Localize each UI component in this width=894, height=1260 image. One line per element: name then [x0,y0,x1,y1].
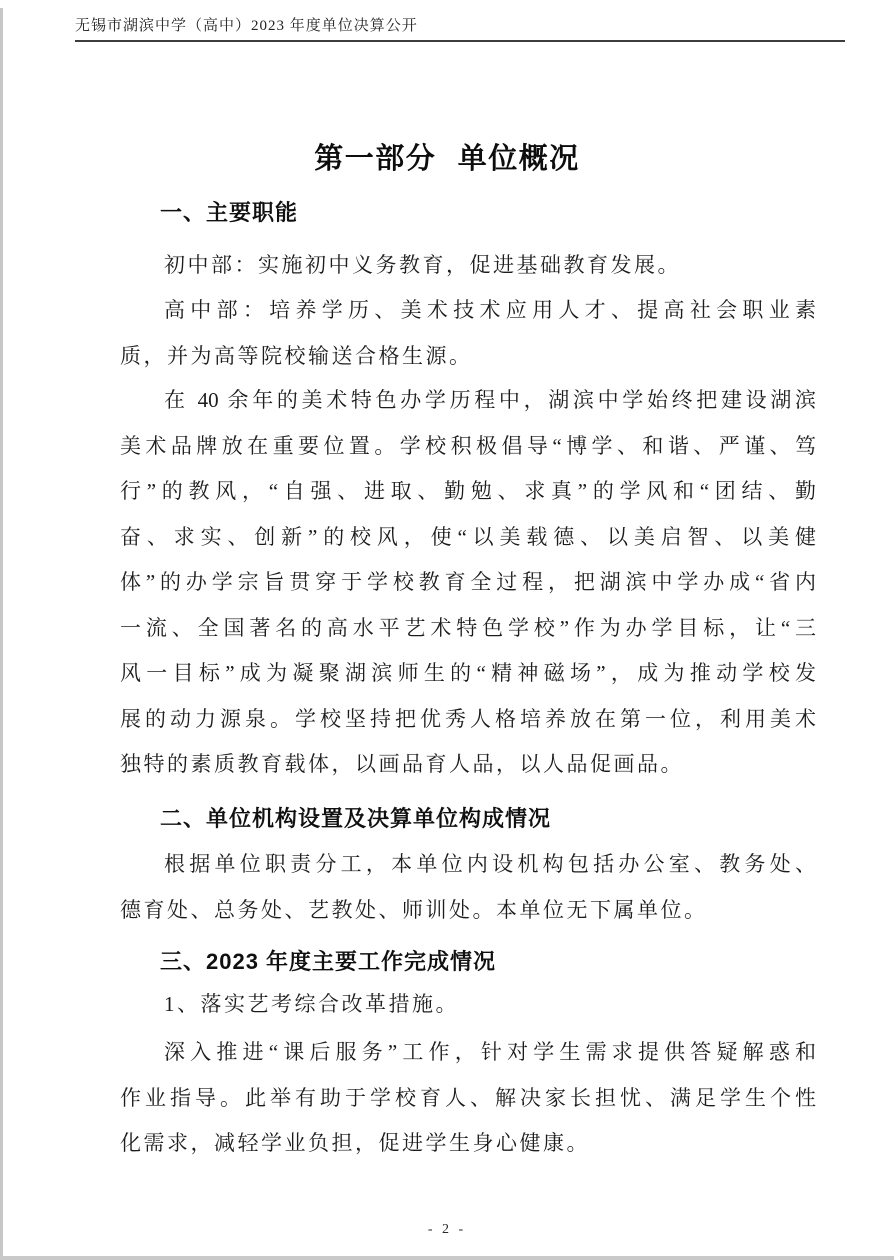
body-line: 质，并为高等院校输送合格生源。 [120,334,816,380]
body-line: 行”的教风，“自强、进取、勤勉、求真”的学风和“团结、勤 [120,469,816,515]
paragraph-4: 根据单位职责分工，本单位内设机构包括办公室、教务处、 德育处、总务处、艺教处、师… [120,842,816,933]
section-heading-2: 二、单位机构设置及决算单位构成情况 [160,802,820,836]
section-heading-3: 三、2023 年度主要工作完成情况 [160,945,820,979]
document-header: 无锡市湖滨中学（高中）2023 年度单位决算公开 [75,14,845,42]
scan-edge-bottom [0,1256,894,1260]
body-line: 深入推进“课后服务”工作，针对学生需求提供答疑解惑和 [120,1030,816,1076]
page-title: 第一部分 单位概况 [0,136,894,177]
body-line: 风一目标”成为凝聚湖滨师生的“精神磁场”，成为推动学校发 [120,651,816,697]
body-line: 美术品牌放在重要位置。学校积极倡导“博学、和谐、严谨、笃 [120,424,816,470]
paragraph-1: 初中部：实施初中义务教育，促进基础教育发展。 [120,243,816,289]
header-text: 无锡市湖滨中学（高中）2023 年度单位决算公开 [75,18,418,34]
body-line: 作业指导。此举有助于学校育人、解决家长担忧、满足学生个性 [120,1076,816,1122]
body-line: 初中部：实施初中义务教育，促进基础教育发展。 [120,243,816,289]
body-line: 根据单位职责分工，本单位内设机构包括办公室、教务处、 [120,842,816,888]
body-line: 奋、求实、创新”的校风，使“以美载德、以美启智、以美健 [120,515,816,561]
paragraph-5: 深入推进“课后服务”工作，针对学生需求提供答疑解惑和 作业指导。此举有助于学校育… [120,1030,816,1167]
section-heading-1: 一、主要职能 [160,196,820,230]
body-line: 独特的素质教育载体，以画品育人品，以人品促画品。 [120,742,816,788]
body-line: 1、落实艺考综合改革措施。 [120,982,816,1028]
body-line: 德育处、总务处、艺教处、师训处。本单位无下属单位。 [120,888,816,934]
page-number: - 2 - [0,1222,894,1238]
paragraph-3: 在 40 余年的美术特色办学历程中，湖滨中学始终把建设湖滨 美术品牌放在重要位置… [120,378,816,788]
body-line: 化需求，减轻学业负担，促进学生身心健康。 [120,1121,816,1167]
list-item-1: 1、落实艺考综合改革措施。 [120,982,816,1028]
body-line: 体”的办学宗旨贯穿于学校教育全过程，把湖滨中学办成“省内 [120,560,816,606]
document-page: 无锡市湖滨中学（高中）2023 年度单位决算公开 第一部分 单位概况 一、主要职… [0,0,894,1260]
body-line: 高中部：培养学历、美术技术应用人才、提高社会职业素 [120,288,816,334]
body-line: 展的动力源泉。学校坚持把优秀人格培养放在第一位，利用美术 [120,697,816,743]
body-line: 一流、全国著名的高水平艺术特色学校”作为办学目标，让“三 [120,606,816,652]
body-line: 在 40 余年的美术特色办学历程中，湖滨中学始终把建设湖滨 [120,378,816,424]
paragraph-2: 高中部：培养学历、美术技术应用人才、提高社会职业素 质，并为高等院校输送合格生源… [120,288,816,379]
scan-edge-left [0,8,3,1260]
